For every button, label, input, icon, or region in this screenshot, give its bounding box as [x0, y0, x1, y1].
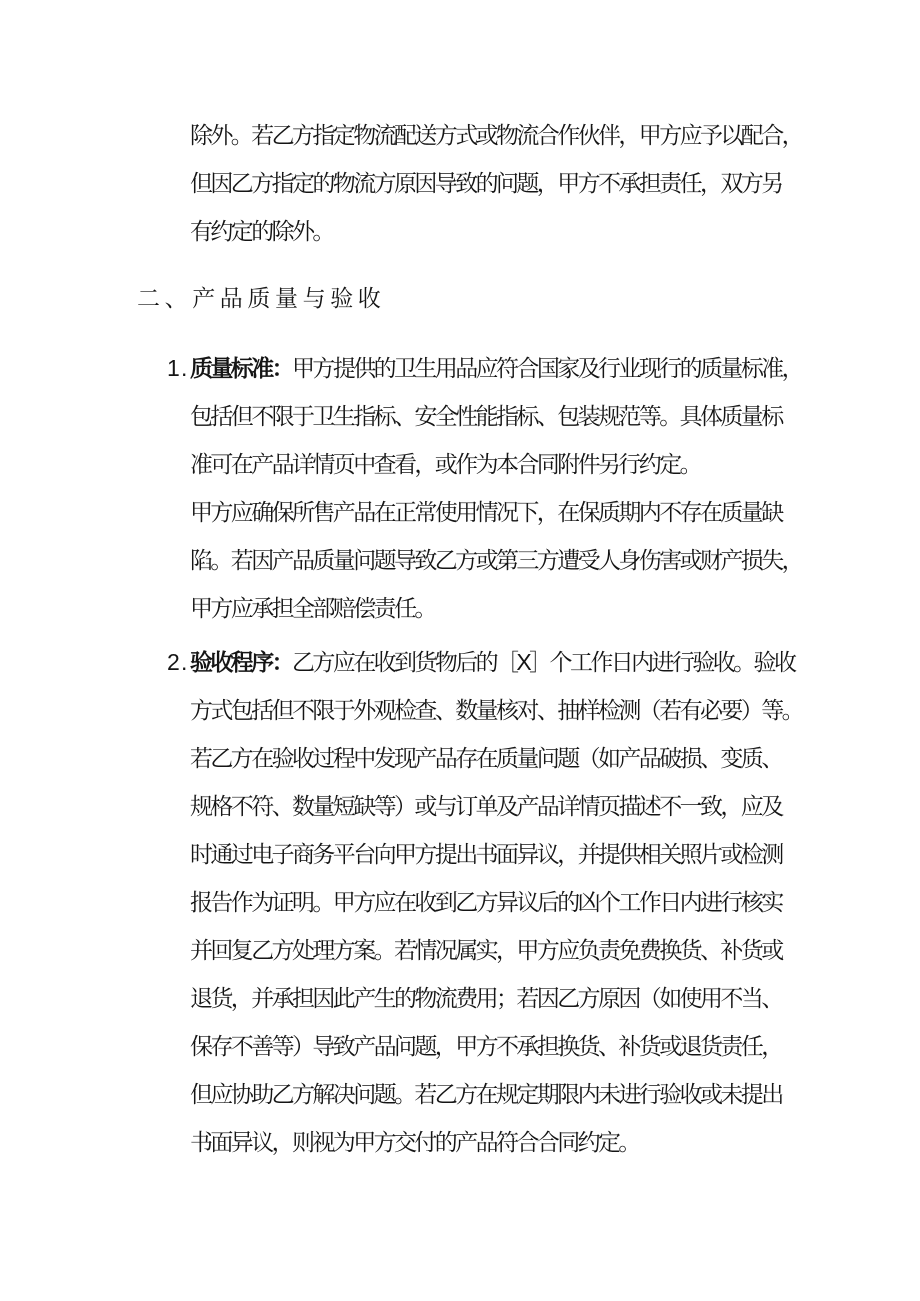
text-run: 甲方提供的卫生用品应符合国家及行业现行的质量标准， [292, 355, 802, 381]
text-line: 除外。若乙方指定物流配送方式或物流合作伙伴，甲方应予以配合， [190, 111, 802, 159]
text-line: 1 .质量标准：甲方提供的卫生用品应符合国家及行业现行的质量标准， [190, 344, 802, 392]
text-line: 退货，并承担因此产生的物流费用；若因乙方原因（如使用不当、 [190, 974, 802, 1022]
list-item-term: 验收程序： [190, 649, 292, 675]
document-page: 除外。若乙方指定物流配送方式或物流合作伙伴，甲方应予以配合， 但因乙方指定的物流… [0, 0, 920, 1301]
text-line: 报告作为证明。甲方应在收到乙方异议后的凶个工作日内进行核实 [190, 878, 802, 926]
text-line: 并回复乙方处理方案。若情况属实，甲方应负责免费换货、补货或 [190, 926, 802, 974]
list-item-acceptance-procedure: 2 .验收程序：乙方应在收到货物后的［X］个工作日内进行验收。验收 方式包括但不… [190, 638, 802, 1166]
text-line: 陷。若因产品质量问题导致乙方或第三方遭受人身伤害或财产损失， [190, 536, 802, 584]
text-line: 有约定的除外。 [190, 207, 802, 255]
text-line: 但应协助乙方解决问题。若乙方在规定期限内未进行验收或未提出 [190, 1070, 802, 1118]
text-line: 规格不符、数量短缺等）或与订单及产品详情页描述不一致，应及 [190, 782, 802, 830]
text-line: 甲方应确保所售产品在正常使用情况下，在保质期内不存在质量缺 [190, 488, 802, 536]
intro-paragraph: 除外。若乙方指定物流配送方式或物流合作伙伴，甲方应予以配合， 但因乙方指定的物流… [190, 111, 802, 255]
list-item-number: 1 . [167, 344, 185, 392]
section-heading: 二、产品质量与验收 [137, 274, 385, 322]
text-line: 但因乙方指定的物流方原因导致的问题，甲方不承担责任，双方另 [190, 159, 802, 207]
list-item-quality-standard: 1 .质量标准：甲方提供的卫生用品应符合国家及行业现行的质量标准， 包括但不限于… [190, 344, 802, 632]
text-line: 时通过电子商务平台向甲方提出书面异议，并提供相关照片或检测 [190, 830, 802, 878]
text-line: 书面异议，则视为甲方交付的产品符合合同约定。 [190, 1118, 802, 1166]
text-run: 乙方应在收到货物后的［X］个工作日内进行验收。验收 [292, 649, 794, 675]
text-line: 2 .验收程序：乙方应在收到货物后的［X］个工作日内进行验收。验收 [190, 638, 802, 686]
text-line: 甲方应承担全部赔偿责任。 [190, 584, 802, 632]
text-line: 包括但不限于卫生指标、安全性能指标、包装规范等。具体质量标 [190, 392, 802, 440]
text-line: 保存不善等）导致产品问题，甲方不承担换货、补货或退货责任， [190, 1022, 802, 1070]
text-line: 若乙方在验收过程中发现产品存在质量问题（如产品破损、变质、 [190, 734, 802, 782]
list-item-term: 质量标准： [190, 355, 292, 381]
list-item-number: 2 . [167, 638, 185, 686]
text-line: 准可在产品详情页中查看，或作为本合同附件另行约定。 [190, 440, 802, 488]
text-line: 方式包括但不限于外观检查、数量核对、抽样检测（若有必要）等。 [190, 686, 802, 734]
